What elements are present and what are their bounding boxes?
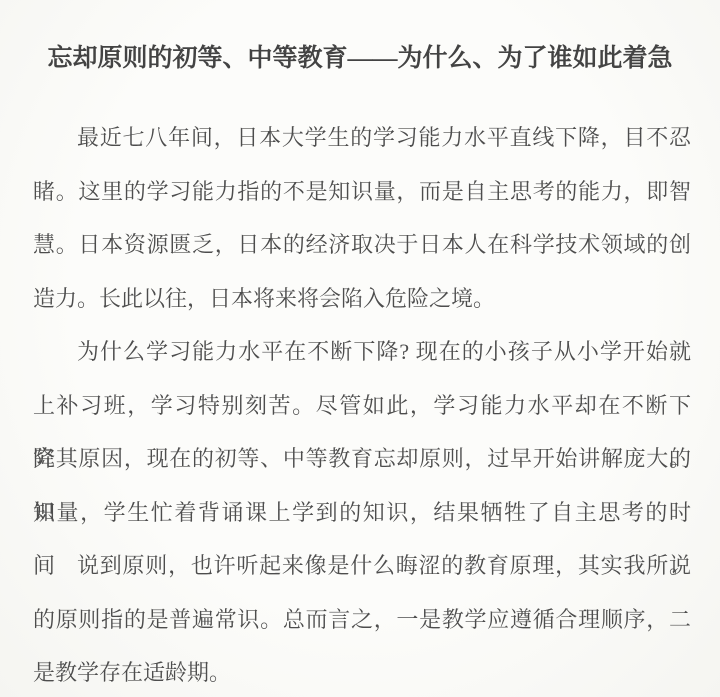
- text-line: 为什么学习能力水平在不断下降? 现在的小孩子从小学开始就: [33, 325, 691, 379]
- paragraph: 为什么学习能力水平在不断下降? 现在的小孩子从小学开始就 上补习班，学习特别刻苦…: [33, 325, 691, 539]
- paragraph: 最近七八年间，日本大学生的学习能力水平直线下降，目不忍 睹。这里的学习能力指的不…: [33, 111, 691, 325]
- text-line: 说到原则，也许听起来像是什么晦涩的教育原理，其实我所说: [33, 539, 691, 593]
- text-line: 的原则指的是普遍常识。总而言之，一是教学应遵循合理顺序，二: [33, 593, 691, 647]
- text-line: 睹。这里的学习能力指的不是知识量，而是自主思考的能力，即智: [33, 165, 691, 219]
- text-line: 造力。长此以往，日本将来将会陷入危险之境。: [33, 272, 691, 326]
- scanned-document-page: 忘却原则的初等、中等教育——为什么、为了谁如此着急 最近七八年间，日本大学生的学…: [0, 0, 720, 697]
- text-line: 最近七八年间，日本大学生的学习能力水平直线下降，目不忍: [33, 111, 691, 165]
- text-line: 究其原因，现在的初等、中等教育忘却原则，过早开始讲解庞大的知: [33, 432, 691, 486]
- text-line: 上补习班，学习特别刻苦。尽管如此，学习能力水平却在不断下降。: [33, 379, 691, 433]
- text-line: 慧。日本资源匮乏，日本的经济取决于日本人在科学技术领域的创: [33, 218, 691, 272]
- text-line: 是教学存在适龄期。: [33, 646, 691, 697]
- document-title: 忘却原则的初等、中等教育——为什么、为了谁如此着急: [0, 38, 720, 74]
- document-body: 最近七八年间，日本大学生的学习能力水平直线下降，目不忍 睹。这里的学习能力指的不…: [33, 111, 691, 697]
- text-line: 识量，学生忙着背诵课上学到的知识，结果牺牲了自主思考的时间。: [33, 486, 691, 540]
- paragraph: 说到原则，也许听起来像是什么晦涩的教育原理，其实我所说 的原则指的是普遍常识。总…: [33, 539, 691, 697]
